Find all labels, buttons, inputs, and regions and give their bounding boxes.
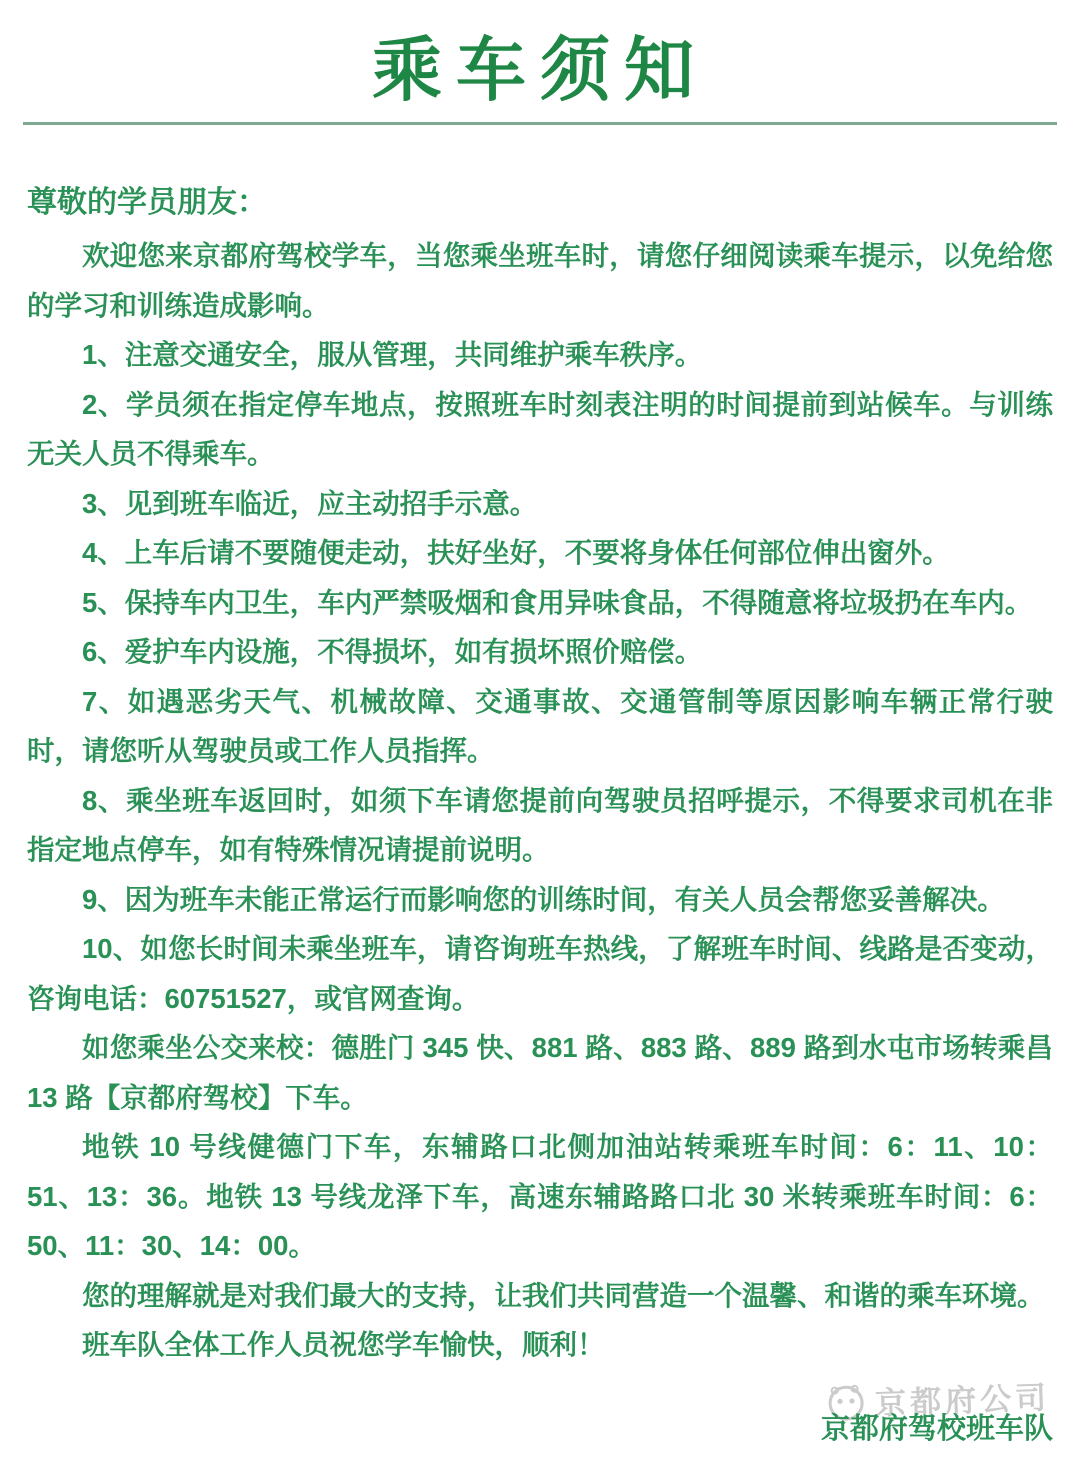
page-title: 乘车须知 [0,0,1080,112]
notice-paragraph-metro-routes: 地铁 10 号线健德门下车，东辅路口北侧加油站转乘班车时间：6：11、10：51… [27,1122,1053,1271]
notice-rule-1: 1、注意交通安全，服从管理，共同维护乘车秩序。 [27,330,1053,380]
notice-rule-6: 6、爱护车内设施，不得损坏，如有损坏照价赔偿。 [27,627,1053,677]
notice-paragraph-wishes: 班车队全体工作人员祝您学车愉快，顺利！ [27,1320,1053,1370]
notice-rule-7: 7、如遇恶劣天气、机械故障、交通事故、交通管制等原因影响车辆正常行驶时，请您听从… [27,677,1053,776]
notice-rule-9: 9、因为班车未能正常运行而影响您的训练时间，有关人员会帮您妥善解决。 [27,875,1053,925]
notice-rule-4: 4、上车后请不要随便走动，扶好坐好，不要将身体任何部位伸出窗外。 [27,528,1053,578]
notice-body: 欢迎您来京都府驾校学车，当您乘坐班车时，请您仔细阅读乘车提示，以免给您的学习和训… [27,231,1053,1370]
salutation: 尊敬的学员朋友： [27,177,1053,221]
signature: 京都府驾校班车队 [821,1406,1053,1447]
notice-rule-3: 3、见到班车临近，应主动招手示意。 [27,479,1053,529]
notice-rule-10: 10、如您长时间未乘坐班车，请咨询班车热线，了解班车时间、线路是否变动，咨询电话… [27,924,1053,1023]
notice-paragraph-bus-routes: 如您乘坐公交来校：德胜门 345 快、881 路、883 路、889 路到水屯市… [27,1023,1053,1122]
title-divider [23,122,1057,125]
notice-paragraph-intro: 欢迎您来京都府驾校学车，当您乘坐班车时，请您仔细阅读乘车提示，以免给您的学习和训… [27,231,1053,330]
notice-page: 乘车须知 尊敬的学员朋友： 欢迎您来京都府驾校学车，当您乘坐班车时，请您仔细阅读… [0,0,1080,1473]
notice-rule-2: 2、学员须在指定停车地点，按照班车时刻表注明的时间提前到站候车。与训练无关人员不… [27,380,1053,479]
notice-rule-8: 8、乘坐班车返回时，如须下车请您提前向驾驶员招呼提示，不得要求司机在非指定地点停… [27,776,1053,875]
notice-rule-5: 5、保持车内卫生，车内严禁吸烟和食用异味食品，不得随意将垃圾扔在车内。 [27,578,1053,628]
notice-paragraph-thanks: 您的理解就是对我们最大的支持，让我们共同营造一个温馨、和谐的乘车环境。 [27,1271,1053,1321]
